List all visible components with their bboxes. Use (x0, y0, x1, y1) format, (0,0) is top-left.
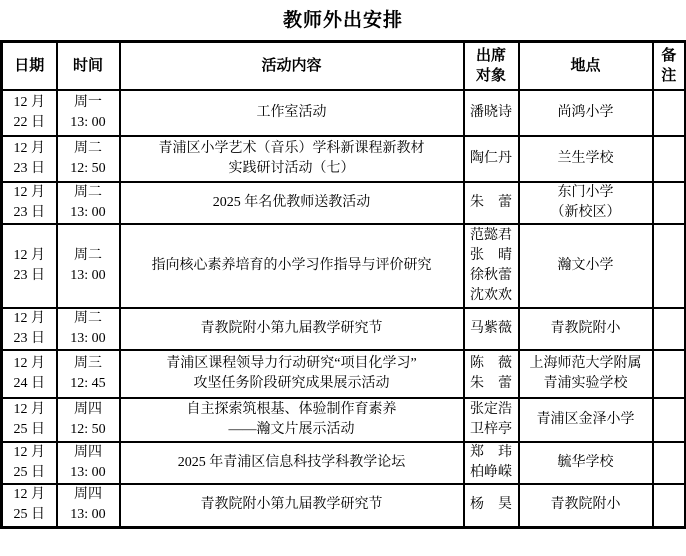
cell-activity: 自主探索筑根基、体验制作育素养 ——瀚文片展示活动 (120, 398, 464, 442)
cell-location: 上海师范大学附属 青浦实验学校 (519, 350, 653, 398)
table-header: 日期 时间 活动内容 出席 对象 地点 备 注 (2, 42, 686, 90)
teacher-outing-schedule-table: 日期 时间 活动内容 出席 对象 地点 备 注 12 月 22 日 周一 13:… (0, 40, 686, 529)
cell-note (653, 224, 686, 308)
cell-activity: 指向核心素养培育的小学习作指导与评价研究 (120, 224, 464, 308)
cell-location: 兰生学校 (519, 136, 653, 182)
cell-date: 12 月 23 日 (2, 182, 57, 224)
cell-note (653, 350, 686, 398)
cell-note (653, 442, 686, 484)
table-row: 12 月 25 日 周四 13: 00 2025 年青浦区信息科技学科教学论坛 … (2, 442, 686, 484)
cell-attendees: 陶仁丹 (464, 136, 519, 182)
table-row: 12 月 22 日 周一 13: 00 工作室活动 潘晓诗 尚鸿小学 (2, 90, 686, 136)
col-header-note: 备 注 (653, 42, 686, 90)
table-row: 12 月 25 日 周四 12: 50 自主探索筑根基、体验制作育素养 ——瀚文… (2, 398, 686, 442)
cell-date: 12 月 23 日 (2, 308, 57, 350)
cell-date: 12 月 25 日 (2, 398, 57, 442)
cell-date: 12 月 25 日 (2, 484, 57, 528)
cell-location: 青浦区金泽小学 (519, 398, 653, 442)
cell-time: 周四 13: 00 (57, 442, 120, 484)
cell-attendees: 马紫薇 (464, 308, 519, 350)
cell-time: 周一 13: 00 (57, 90, 120, 136)
cell-activity: 2025 年青浦区信息科技学科教学论坛 (120, 442, 464, 484)
table-row: 12 月 23 日 周二 13: 00 指向核心素养培育的小学习作指导与评价研究… (2, 224, 686, 308)
cell-location: 尚鸿小学 (519, 90, 653, 136)
cell-attendees: 朱 蕾 (464, 182, 519, 224)
cell-activity: 青教院附小第九届教学研究节 (120, 484, 464, 528)
cell-note (653, 136, 686, 182)
col-header-date: 日期 (2, 42, 57, 90)
table-body: 12 月 22 日 周一 13: 00 工作室活动 潘晓诗 尚鸿小学 12 月 … (2, 90, 686, 528)
cell-location: 毓华学校 (519, 442, 653, 484)
cell-date: 12 月 23 日 (2, 136, 57, 182)
cell-activity: 青浦区课程领导力行动研究“项目化学习” 攻坚任务阶段研究成果展示活动 (120, 350, 464, 398)
col-header-attendees: 出席 对象 (464, 42, 519, 90)
cell-attendees: 陈 薇 朱 蕾 (464, 350, 519, 398)
cell-activity: 工作室活动 (120, 90, 464, 136)
cell-activity: 2025 年名优教师送教活动 (120, 182, 464, 224)
header-row: 日期 时间 活动内容 出席 对象 地点 备 注 (2, 42, 686, 90)
col-header-location: 地点 (519, 42, 653, 90)
cell-date: 12 月 22 日 (2, 90, 57, 136)
table-row: 12 月 23 日 周二 12: 50 青浦区小学艺术（音乐）学科新课程新教材 … (2, 136, 686, 182)
cell-time: 周四 13: 00 (57, 484, 120, 528)
col-header-activity: 活动内容 (120, 42, 464, 90)
cell-time: 周二 13: 00 (57, 224, 120, 308)
document-page: 教师外出安排 日期 时间 活动内容 出席 对象 地点 备 注 12 月 22 日… (0, 0, 686, 556)
table-row: 12 月 25 日 周四 13: 00 青教院附小第九届教学研究节 杨 昊 青教… (2, 484, 686, 528)
cell-note (653, 308, 686, 350)
cell-time: 周二 13: 00 (57, 182, 120, 224)
cell-location: 东门小学 （新校区） (519, 182, 653, 224)
cell-note (653, 90, 686, 136)
cell-attendees: 杨 昊 (464, 484, 519, 528)
cell-time: 周二 13: 00 (57, 308, 120, 350)
cell-time: 周三 12: 45 (57, 350, 120, 398)
cell-location: 青教院附小 (519, 308, 653, 350)
col-header-time: 时间 (57, 42, 120, 90)
cell-activity: 青教院附小第九届教学研究节 (120, 308, 464, 350)
cell-date: 12 月 24 日 (2, 350, 57, 398)
cell-note (653, 484, 686, 528)
table-row: 12 月 23 日 周二 13: 00 2025 年名优教师送教活动 朱 蕾 东… (2, 182, 686, 224)
table-row: 12 月 23 日 周二 13: 00 青教院附小第九届教学研究节 马紫薇 青教… (2, 308, 686, 350)
cell-location: 瀚文小学 (519, 224, 653, 308)
cell-attendees: 潘晓诗 (464, 90, 519, 136)
cell-note (653, 398, 686, 442)
cell-activity: 青浦区小学艺术（音乐）学科新课程新教材 实践研讨活动（七） (120, 136, 464, 182)
page-title: 教师外出安排 (0, 0, 686, 40)
cell-attendees: 张定浩 卫梓亭 (464, 398, 519, 442)
cell-attendees: 郑 玮 柏峥嵘 (464, 442, 519, 484)
table-row: 12 月 24 日 周三 12: 45 青浦区课程领导力行动研究“项目化学习” … (2, 350, 686, 398)
cell-attendees: 范懿君 张 晴 徐秋蕾 沈欢欢 (464, 224, 519, 308)
cell-date: 12 月 23 日 (2, 224, 57, 308)
cell-time: 周四 12: 50 (57, 398, 120, 442)
cell-location: 青教院附小 (519, 484, 653, 528)
cell-note (653, 182, 686, 224)
cell-time: 周二 12: 50 (57, 136, 120, 182)
cell-date: 12 月 25 日 (2, 442, 57, 484)
